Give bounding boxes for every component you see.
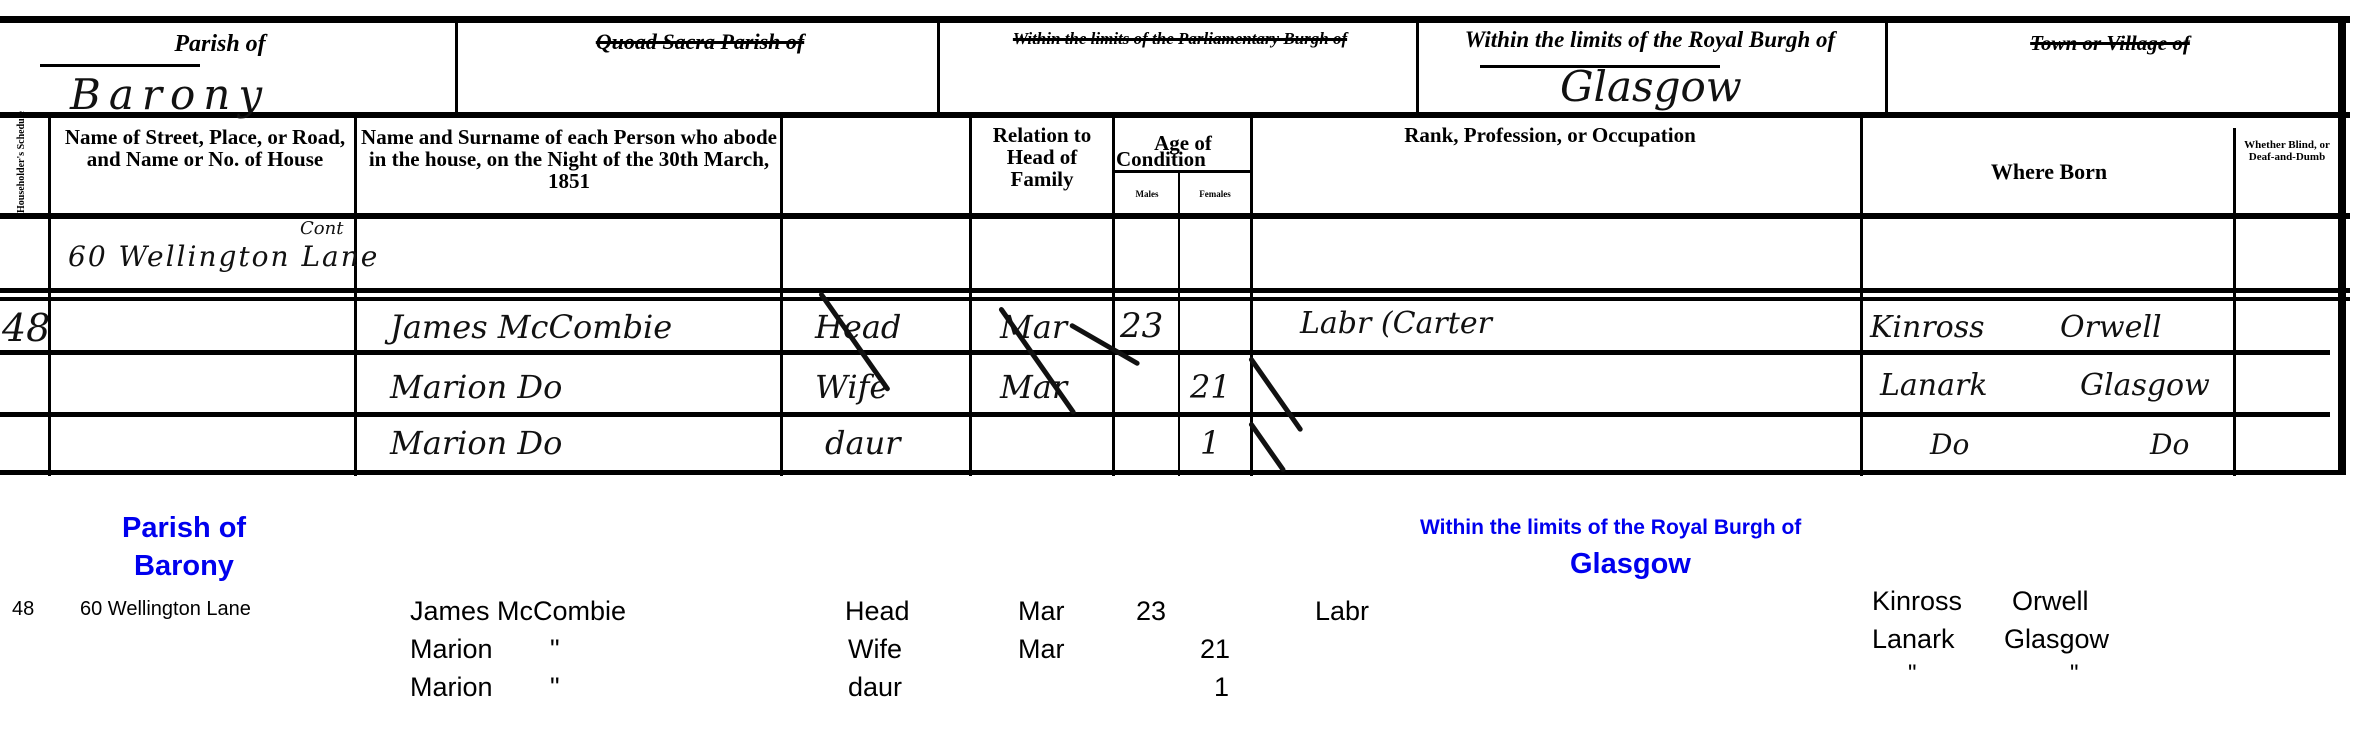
- col-divider-age-mid: [1178, 170, 1180, 476]
- col-header-age: Age of: [1116, 132, 1250, 154]
- hw-row1-occupation: Labr (Carter: [1300, 306, 1492, 341]
- hw-row3-born-county: Do: [1930, 428, 1969, 461]
- transcription-row1-condition: Mar: [1018, 596, 1065, 627]
- transcription-row2-age-female: 21: [1200, 634, 1230, 665]
- transcription-row2-condition: Mar: [1018, 634, 1065, 665]
- hw-row3-name: Marion Do: [390, 424, 562, 462]
- transcription-row1-born-place: Orwell: [2012, 586, 2089, 617]
- parish-underline: [40, 64, 200, 67]
- right-border: [2338, 20, 2346, 475]
- transcription-row1-occupation: Labr: [1315, 596, 1369, 627]
- transcription-row2-surname-ditto: ": [550, 634, 560, 665]
- hw-row1-born-place: Orwell: [2060, 310, 2162, 345]
- transcription-row1-born-county: Kinross: [1872, 586, 1962, 617]
- title-divider-4: [1885, 22, 1888, 114]
- transcription-row3-born-place-ditto: ": [2070, 660, 2079, 688]
- col-header-occupation: Rank, Profession, or Occupation: [1380, 124, 1720, 146]
- hw-row3-relation: daur: [825, 424, 900, 462]
- hw-row1-relation: Head: [815, 308, 901, 346]
- royal-burgh-handwritten-value: Glasgow: [1560, 62, 1742, 111]
- transcription-parish-label: Parish of: [122, 512, 246, 545]
- col-header-age-females: Females: [1181, 190, 1249, 199]
- transcription-schedule-number: 48: [12, 598, 34, 621]
- col-header-schedule: Householder's Schedule: [17, 113, 27, 213]
- col-header-blind-deaf: Whether Blind, or Deaf-and-Dumb: [2238, 140, 2336, 163]
- title-section-divider: [0, 112, 2350, 118]
- quoad-sacra-label: Quoad Sacra Parish of: [520, 30, 880, 53]
- title-divider-2: [937, 22, 940, 114]
- transcription-row3-age-female: 1: [1214, 672, 1229, 703]
- transcription-row3-relation: daur: [848, 672, 902, 703]
- top-border: [0, 16, 2350, 23]
- col-divider-occupation: [1860, 116, 1863, 476]
- col-divider-street: [354, 116, 357, 476]
- transcription-row2-born-place: Glasgow: [2004, 624, 2109, 655]
- col-divider-schedule: [48, 116, 51, 476]
- title-divider-1: [455, 22, 458, 114]
- hw-row2-born-county: Lanark: [1880, 368, 1988, 403]
- col-header-relation: Relation to Head of Family: [974, 124, 1110, 190]
- col-divider-name: [780, 116, 783, 476]
- transcription-row2-name: Marion: [410, 634, 493, 665]
- town-village-label: Town or Village of: [1900, 32, 2320, 54]
- col-header-age-males: Males: [1116, 190, 1178, 199]
- handwritten-address-annotation: Cont: [300, 218, 343, 239]
- transcription-row1-name: James McCombie: [410, 596, 626, 627]
- title-divider-3: [1416, 22, 1419, 114]
- hw-row3-age-female: 1: [1200, 424, 1220, 462]
- transcription-row3-surname-ditto: ": [550, 672, 560, 703]
- row-divider-1: [0, 350, 2330, 355]
- hw-row1-age-male: 23: [1120, 306, 1163, 346]
- hw-row3-born-place: Do: [2150, 428, 2189, 461]
- handwritten-address: 60 Wellington Lane: [68, 240, 379, 273]
- parish-label: Parish of: [120, 32, 320, 57]
- handwritten-schedule-number: 48: [2, 306, 50, 350]
- transcription-address: 60 Wellington Lane: [80, 598, 251, 621]
- transcription-row1-relation: Head: [845, 596, 910, 627]
- transcription-row1-age-male: 23: [1136, 596, 1166, 627]
- tally-mark-female-age-2: [1248, 421, 1287, 473]
- address-row-divider: [0, 288, 2350, 293]
- transcription-row2-born-county: Lanark: [1872, 624, 1955, 655]
- transcription-row2-relation: Wife: [848, 634, 902, 665]
- hw-row1-name: James McCombie: [390, 308, 672, 346]
- col-divider-relation: [969, 116, 972, 476]
- tally-mark-female-age: [1248, 356, 1304, 433]
- census-scan: Parish of Barony Quoad Sacra Parish of W…: [0, 0, 2370, 480]
- hw-row2-age-female: 21: [1190, 368, 1231, 406]
- royal-burgh-label: Within the limits of the Royal Burgh of: [1420, 28, 1880, 52]
- col-divider-born: [2233, 128, 2236, 476]
- hw-row1-born-county: Kinross: [1870, 310, 1985, 345]
- transcription-row3-born-county-ditto: ": [1908, 660, 1917, 688]
- transcription-burgh-label: Within the limits of the Royal Burgh of: [1420, 516, 1801, 540]
- hw-row2-born-place: Glasgow: [2080, 368, 2210, 403]
- hw-row2-name: Marion Do: [390, 368, 562, 406]
- col-header-where-born: Where Born: [1866, 160, 2232, 183]
- transcription-burgh-value: Glasgow: [1570, 548, 1691, 581]
- row-divider-2: [0, 412, 2330, 417]
- row-divider-3: [0, 470, 2340, 475]
- address-row-divider-2: [0, 297, 2350, 301]
- parliamentary-burgh-label: Within the limits of the Parliamentary B…: [950, 30, 1410, 48]
- column-header-divider: [0, 213, 2350, 219]
- col-header-street: Name of Street, Place, or Road, and Name…: [60, 126, 350, 170]
- transcription-row3-name: Marion: [410, 672, 493, 703]
- parish-handwritten-value: Barony: [70, 70, 270, 119]
- col-header-name: Name and Surname of each Person who abod…: [360, 126, 778, 192]
- transcription-parish-value: Barony: [134, 550, 234, 583]
